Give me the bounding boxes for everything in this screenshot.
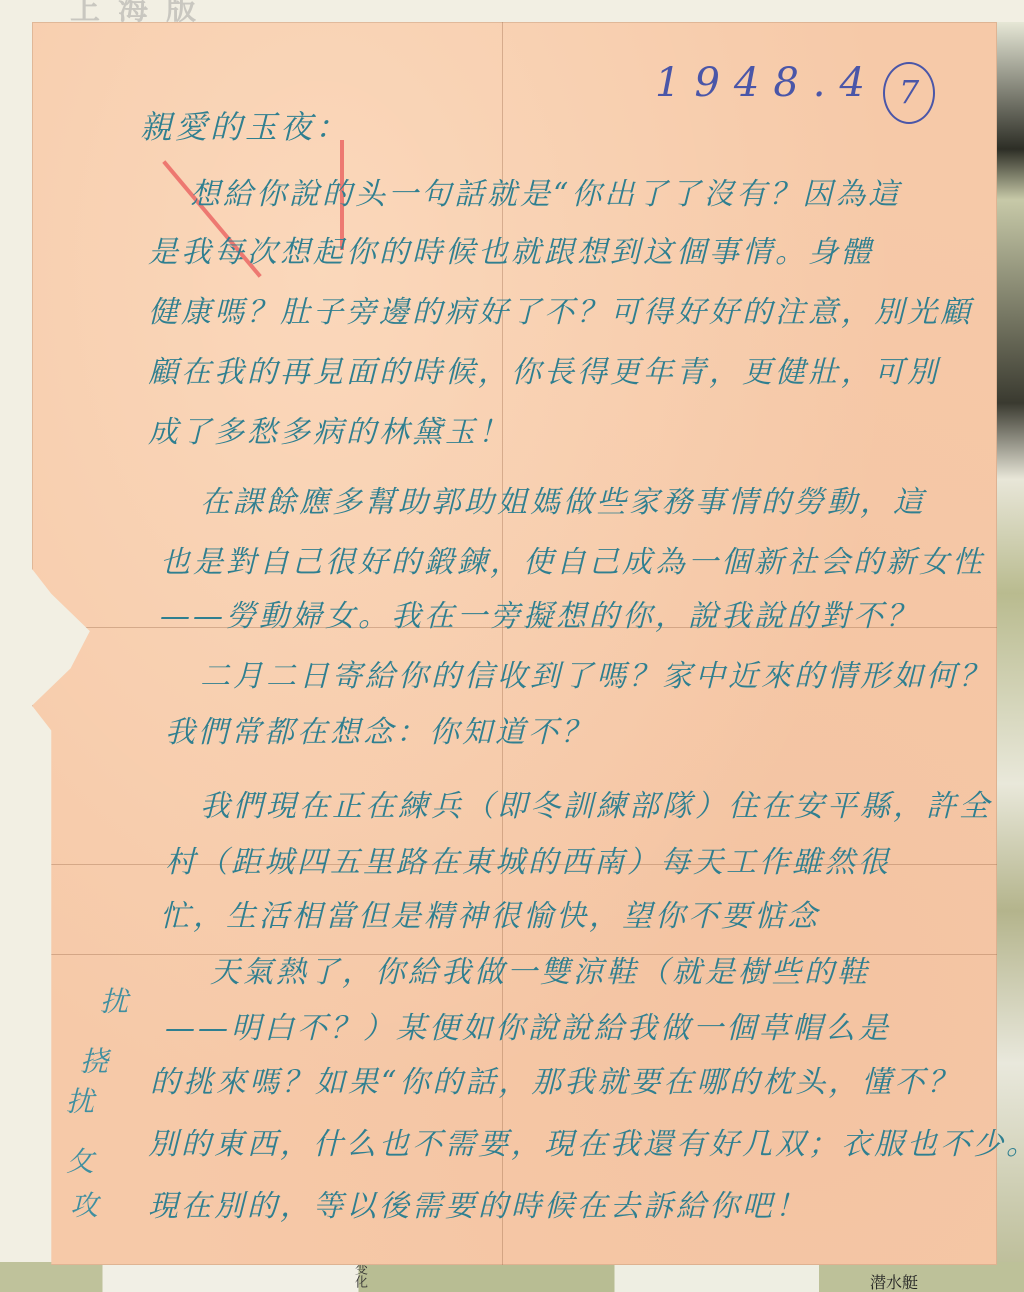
magazine-illustration-right bbox=[995, 22, 1024, 1292]
magazine-caption-left: 变化 bbox=[350, 1262, 369, 1288]
letter-line: 也是對自己很好的鍛鍊，使自己成為一個新社会的新女性 bbox=[160, 546, 985, 580]
letter-line: 現在別的，等以後需要的時候在去訴給你吧！ bbox=[148, 1190, 808, 1224]
letter-line: 村（距城四五里路在東城的西南）每天工作雖然很 bbox=[165, 846, 891, 880]
letter-line: ——勞動婦女。我在一旁擬想的你，說我說的對不？ bbox=[160, 600, 919, 634]
margin-note: 攵 bbox=[66, 1140, 97, 1180]
margin-note: 挠 bbox=[80, 1040, 111, 1080]
margin-note: 扰 bbox=[66, 1080, 97, 1120]
letter-line: 想給你說的头一句話就是“你出了了沒有？因為這 bbox=[190, 178, 901, 212]
letter-line: 別的東西，什么也不需要，現在我還有好几双；衣服也不少。 bbox=[148, 1128, 1024, 1162]
letter-line: 成了多愁多病的林黛玉！ bbox=[148, 416, 511, 450]
letter-line: 健康嗎？肚子旁邊的病好了不？可得好好的注意，別光顧 bbox=[148, 296, 973, 330]
salutation: 親愛的玉夜： bbox=[140, 110, 350, 144]
margin-note: 扰 bbox=[100, 980, 131, 1020]
letter-line: 是我每次想起你的時候也就跟想到这個事情。身體 bbox=[148, 236, 874, 270]
letter-line: 我們現在正在練兵（即冬訓練部隊）住在安平縣，許全 bbox=[200, 790, 992, 824]
letter-line: 的挑來嗎？如果“你的話，那我就要在哪的枕头，懂不？ bbox=[150, 1066, 960, 1100]
letter-date: 1948.4 bbox=[655, 60, 879, 106]
letter-line: 顧在我的再見面的時候，你長得更年青，更健壯，可別 bbox=[148, 356, 940, 390]
magazine-caption-right: 潜水艇 bbox=[870, 1270, 918, 1292]
page-number-circle: 7 bbox=[883, 62, 935, 124]
magazine-header-text: 上海版 bbox=[70, 0, 1020, 24]
letter-line: ——明白不？）某便如你說說給我做一個草帽么是 bbox=[165, 1012, 891, 1046]
letter-line: 二月二日寄給你的信收到了嗎？家中近來的情形如何？ bbox=[200, 660, 992, 694]
letter-line: 天氣熱了，你給我做一雙涼鞋（就是樹些的鞋 bbox=[210, 956, 870, 990]
margin-note: 攻 bbox=[70, 1184, 101, 1224]
letter-line: 忙，生活相當但是精神很愉快，望你不要惦念 bbox=[160, 900, 820, 934]
letter-line: 我們常都在想念：你知道不？ bbox=[165, 716, 594, 750]
letter-line: 在課餘應多幫助郭助姐媽做些家務事情的勞動，這 bbox=[200, 486, 926, 520]
